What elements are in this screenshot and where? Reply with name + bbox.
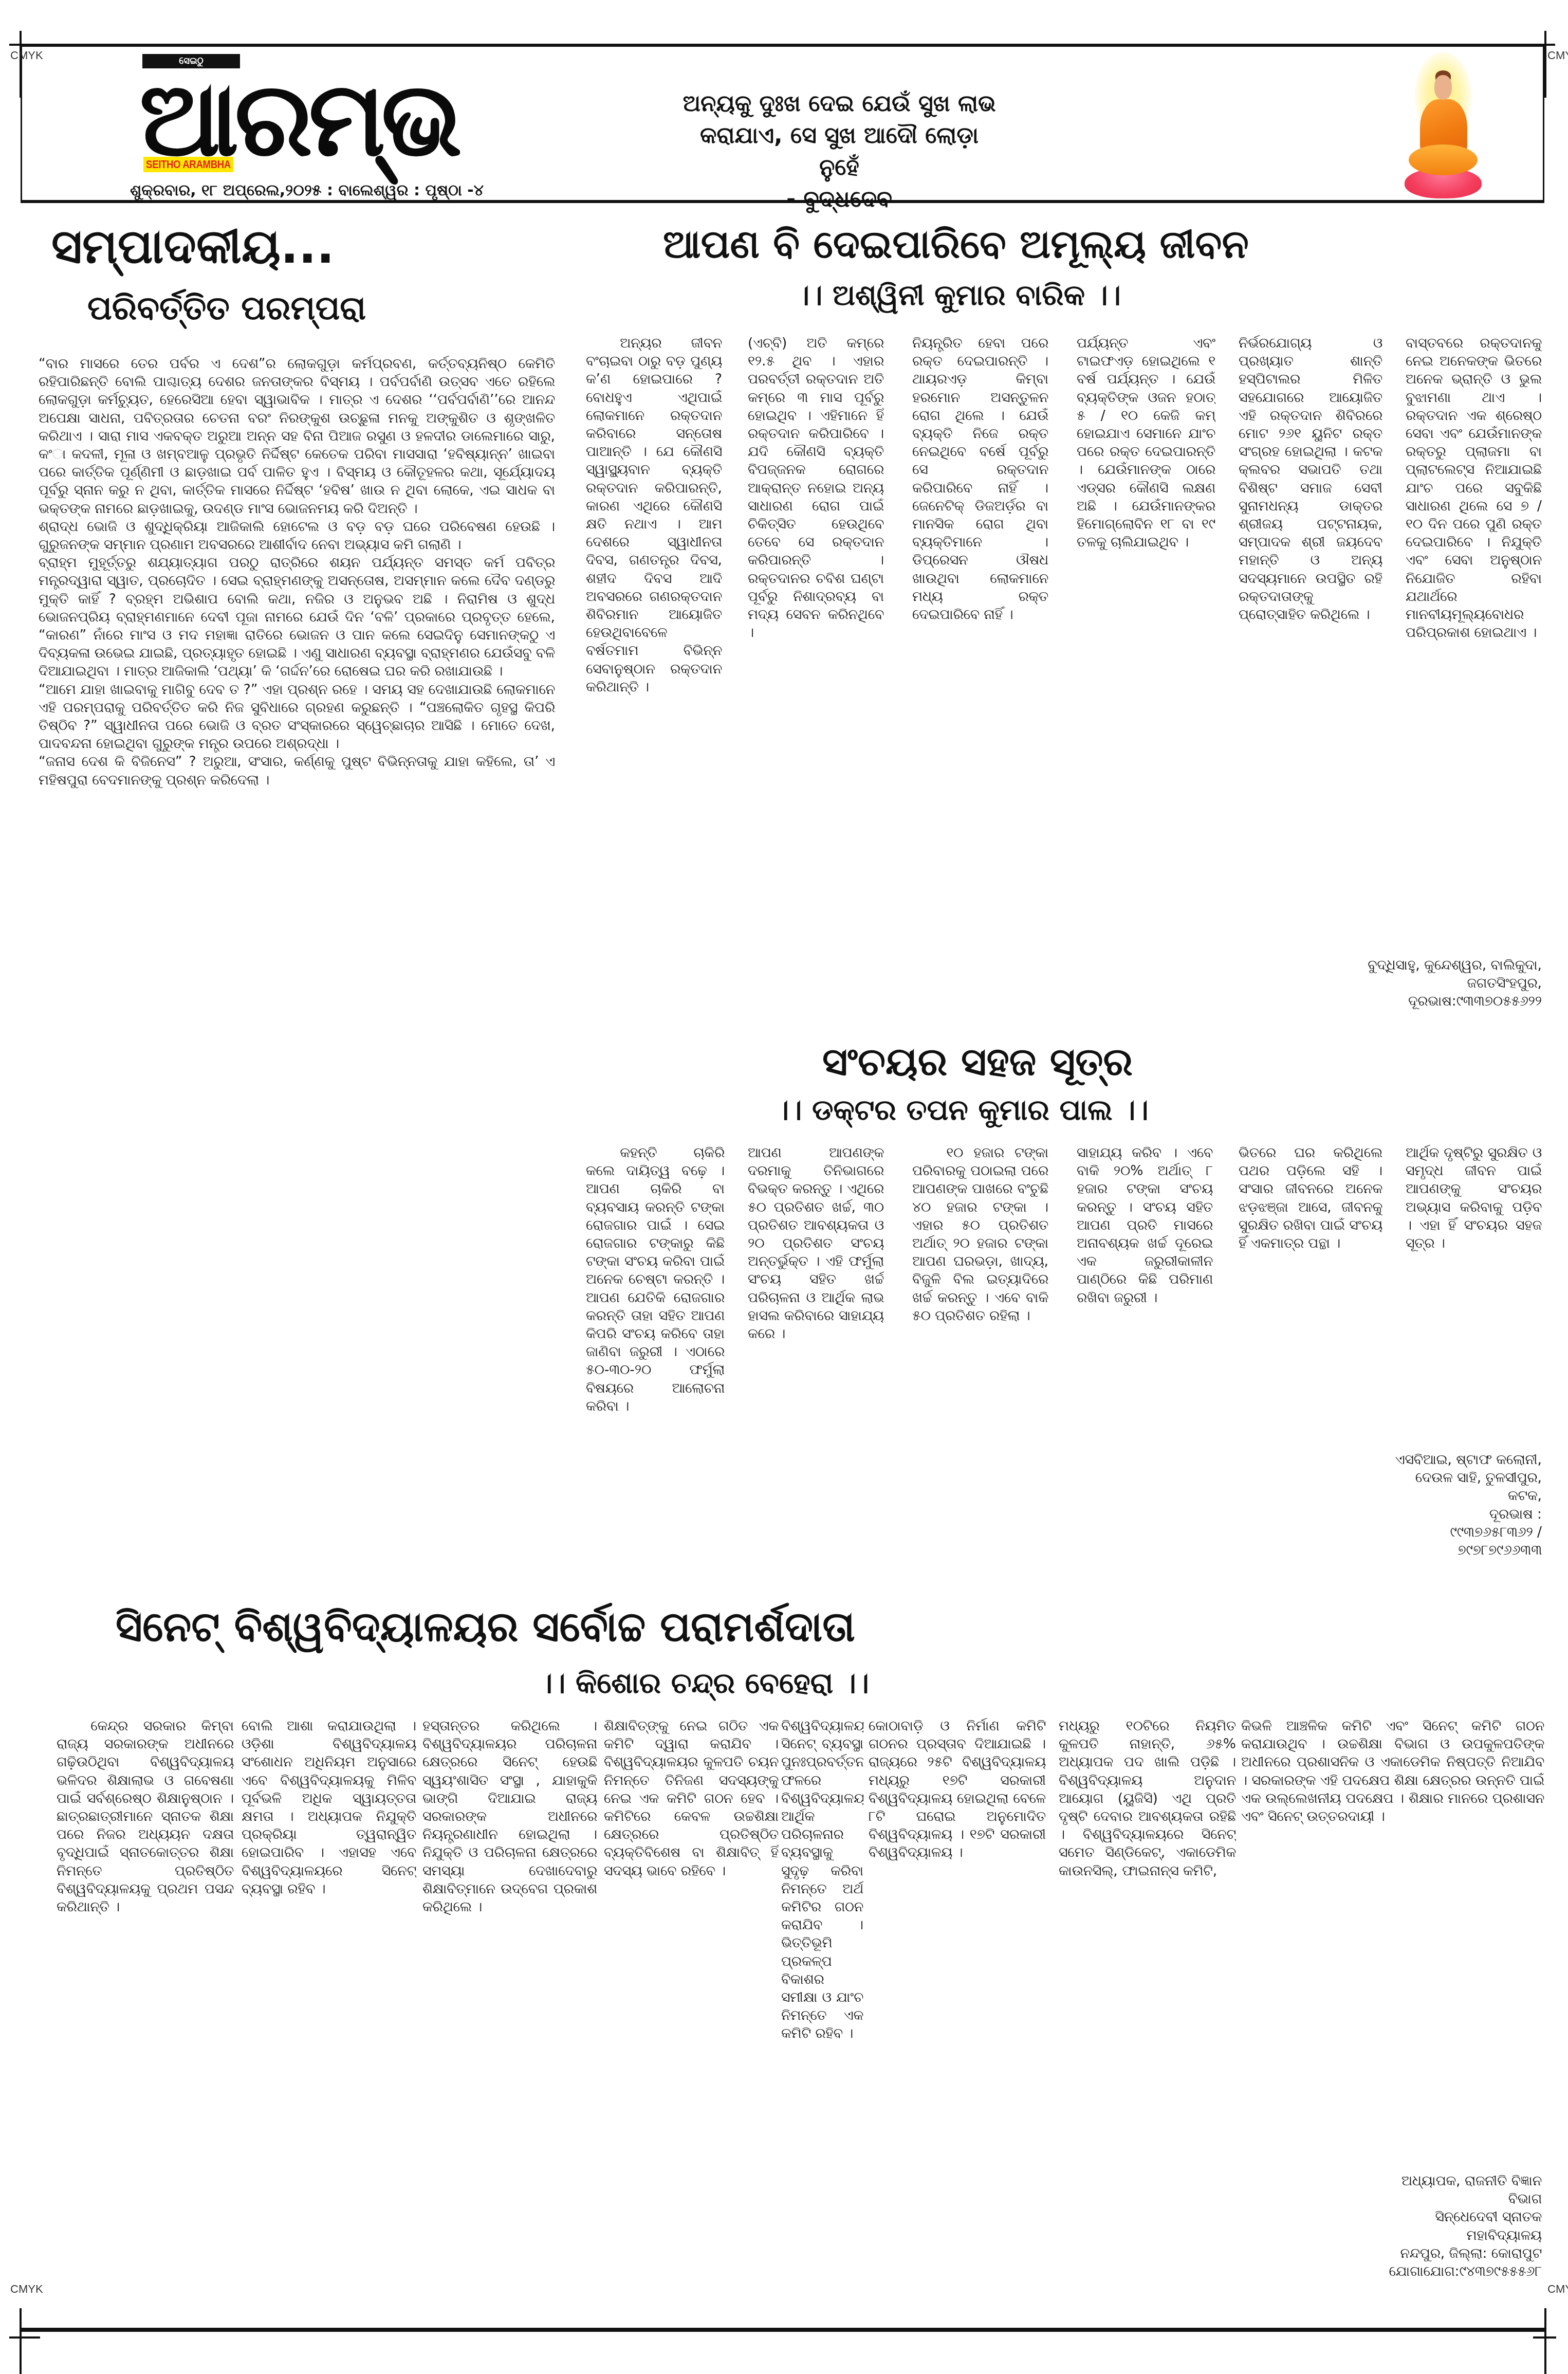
article-column: କିଭଳି ଆଞ୍ଚଳିକ କମିଟି ଏବଂ ସିନେଟ୍ କମିଟି ଗଠନ… <box>1241 1717 1544 2169</box>
contact-line: କଟକ, <box>1352 1487 1542 1505</box>
article-column: କେନ୍ଦ୍ର ସରକାର କିମ୍ବା ରାଜ୍ୟ ସରକାରଙ୍କ ଅଧୀନ… <box>57 1717 234 2324</box>
contact-line: ଦେଉଳ ସାହି, ତୁଳସୀପୁର, <box>1352 1469 1542 1487</box>
article-column: ୧୦ ହଜାର ଟଙ୍କା ପରିବାରକୁ ପଠାଇଲା ପରେ ଆପଣଙ୍କ… <box>912 1144 1048 1571</box>
contact-line: ଦୂରଭାଷ:୯୩୩୭୦୫୫୬୨୨ <box>1352 992 1542 1010</box>
article-column: କହନ୍ତି ଚାକିରି କଲେ ଦାୟିତ୍ୱ ବଢ଼େ । ଆପଣ ଚାକ… <box>586 1144 725 1571</box>
paragraph: “ଜନାସ ଦେଶ କି ବିଜିନେସ” ? ଅରୁଆ, ସଂସାର, କର୍… <box>39 753 555 789</box>
quote-attribution: - ବୁଦ୍ଧଦେବ <box>680 184 999 215</box>
contact-line: ଦୂରଭାଷ : <box>1352 1505 1542 1523</box>
contact-line: ଏସବିଆଇ, ଷ୍ଟାଫ କଲୋନୀ, <box>1352 1451 1542 1469</box>
article-column: ହସ୍ତାନ୍ତର କରିଥିଲେ । ବିଶ୍ୱବିଦ୍ୟାଳୟର ପରିଚା… <box>422 1717 597 2324</box>
paragraph: କୋଠାବାଡ଼ି ଓ ନିର୍ମାଣ କମିଟି ଗଠନର ପ୍ରସ୍ତାବ … <box>869 1717 1046 1862</box>
paragraph: ୧୦ ହଜାର ଟଙ୍କା ପରିବାରକୁ ପଠାଇଲା ପରେ ଆପଣଙ୍କ… <box>912 1144 1048 1325</box>
contact-line: ନନ୍ଦପୁର, ଜିଲ୍ଲା: କୋରାପୁଟ <box>1352 2244 1542 2262</box>
article-column: ସାହାଯ୍ୟ କରିବ । ଏବେ ବାକି ୨୦% ଅର୍ଥାତ୍ ୮ ହଜ… <box>1077 1144 1213 1571</box>
paragraph: ବାସ୍ତବରେ ରକ୍ତଦାନକୁ ନେଇ ଅନେକଙ୍କ ଭିତରେ ଅନେ… <box>1406 334 1542 642</box>
article-column: ନିୟନ୍ତ୍ରିତ ହେବା ପରେ ରକ୍ତ ଦେଇପାରନ୍ତି । ଥା… <box>912 334 1048 1002</box>
paragraph: (ଏଚ୍‌ବି) ଅତି କମ୍‌ରେ ୧୨.୫ ଥିବ । ଏହାର ପରବର… <box>748 334 884 642</box>
article-column: ବୋଲି ଆଶା କରାଯାଉଥିଲା । ଓଡ଼ିଶା ବିଶ୍ୱବିଦ୍ୟା… <box>242 1717 416 2324</box>
paragraph: ଆପଣ ଆପଣଙ୍କ ଦରମାକୁ ତିନିଭାଗରେ ବିଭକ୍ତ କରନ୍ତ… <box>748 1144 884 1343</box>
paragraph: ବ୍ରାହ୍ମ ମୁହୂର୍ତ୍ତରୁ ଶଯ୍ୟାତ୍ୟାଗ ପରଠୁ ରାତ୍… <box>39 554 555 680</box>
contact-line: ମହାବିଦ୍ୟାଳୟ <box>1352 2226 1542 2244</box>
article-column: (ଏଚ୍‌ବି) ଅତି କମ୍‌ରେ ୧୨.୫ ଥିବ । ଏହାର ପରବର… <box>748 334 884 1002</box>
contact-line: ୭୯୭୮୭୯୬୬୩୩ <box>1352 1541 1542 1559</box>
paragraph: “ବାର ମାସରେ ତେର ପର୍ବର ଏ ଦେଶ”ର ଲୋକଗୁଡ଼ା କର… <box>39 355 555 518</box>
buddha-image <box>1405 52 1482 201</box>
article-column: ଆପଣ ଆପଣଙ୍କ ଦରମାକୁ ତିନିଭାଗରେ ବିଭକ୍ତ କରନ୍ତ… <box>748 1144 884 1571</box>
cmyk-label: CMYK <box>10 49 21 62</box>
article-byline: ।। କିଶୋର ଚନ୍ଦ୍ର ବେହେରା ।। <box>540 1666 869 1702</box>
paragraph: ନିର୍ଭରଯୋଗ୍ୟ ଓ ପ୍ରଖ୍ୟାତ ଶାନ୍ତି ହସ୍ପିଟାଲର … <box>1239 334 1382 624</box>
cmyk-label: CMYK <box>10 2282 21 2296</box>
paragraph: ହସ୍ତାନ୍ତର କରିଥିଲେ । ବିଶ୍ୱବିଦ୍ୟାଳୟର ପରିଚା… <box>422 1717 597 1916</box>
editorial-headline: ପରିବର୍ତ୍ତିତ ପରମ୍ପରା <box>87 288 366 329</box>
author-contact: ବୁଦ୍ଧିସାହୁ, କୁନ୍ଦେଶ୍ୱର, ବାଲିକୁଦା, ଜଗତସିଂ… <box>1352 956 1542 1011</box>
contact-line: ୯୯୩୭୬୫୮୩୬୨ / <box>1352 1523 1542 1541</box>
logo-english-tag: SEITHO ARAMBHA <box>143 157 233 172</box>
paragraph: କହନ୍ତି ଚାକିରି କଲେ ଦାୟିତ୍ୱ ବଢ଼େ । ଆପଣ ଚାକ… <box>586 1144 725 1415</box>
contact-line: ଜଗତସିଂହପୁର, <box>1352 974 1542 992</box>
paragraph: ପର୍ଯ୍ୟନ୍ତ ଏବଂ ଟାଇଫଏଡ଼ ହୋଇଥିଲେ ୧ ବର୍ଷ ପର୍… <box>1077 334 1215 551</box>
bottom-border-rule <box>21 2328 1544 2332</box>
editorial-section-title: ସମ୍ପାଦକୀୟ... <box>51 221 335 272</box>
paragraph: ନିୟନ୍ତ୍ରିତ ହେବା ପରେ ରକ୍ତ ଦେଇପାରନ୍ତି । ଥା… <box>912 334 1048 624</box>
author-contact: ଏସବିଆଇ, ଷ୍ଟାଫ କଲୋନୀ, ଦେଉଳ ସାହି, ତୁଳସୀପୁର… <box>1352 1451 1542 1559</box>
editorial-body: “ବାର ମାସରେ ତେର ପର୍ବର ଏ ଦେଶ”ର ଲୋକଗୁଡ଼ା କର… <box>39 355 555 1568</box>
article-byline: ।। ଡକ୍ଟର ତପନ କୁମାର ପାଲ ।। <box>776 1092 1149 1128</box>
article-headline: ଆପଣ ବି ଦେଇପାରିବେ ଅମୂଲ୍ୟ ଜୀବନ <box>663 218 1249 270</box>
cmyk-label: CMYK <box>1547 49 1558 62</box>
article-column: ଆର୍ଥିକ ଦୃଷ୍ଟିରୁ ସୁରକ୍ଷିତ ଓ ସମୃଦ୍ଧ ଜୀବନ ପ… <box>1406 1144 1542 1442</box>
article-column: ପର୍ଯ୍ୟନ୍ତ ଏବଂ ଟାଇଫଏଡ଼ ହୋଇଥିଲେ ୧ ବର୍ଷ ପର୍… <box>1077 334 1215 1002</box>
article-byline: ।। ଅଶ୍ୱିନୀ କୁମାର ବାରିକ ।। <box>797 278 1121 314</box>
author-contact: ଅଧ୍ୟାପକ, ରାଜନୀତି ବିଜ୍ଞାନ ବିଭାଗ ସିନ୍ଧେଦେବ… <box>1352 2172 1542 2280</box>
paragraph: ବିଶ୍ୱବିଦ୍ୟାଳୟରେ ସିନେଟ୍ ବ୍ୟବସ୍ଥା ପୁନଃପ୍ରବ… <box>781 1717 863 2043</box>
paragraph: ମଧ୍ୟରୁ ୧୦ଟିରେ ନିୟମିତ କୁଳପତି ନାହାନ୍ତି, ୬୫… <box>1059 1717 1236 1880</box>
cmyk-label: CMYK <box>1547 2282 1558 2296</box>
dateline: ଶୁକ୍ରବାର, ୧୮ ଅପ୍ରେଲ,୨୦୨୫ : ବାଲେଶ୍ୱର : ପୃ… <box>130 181 484 199</box>
paragraph: ସାହାଯ୍ୟ କରିବ । ଏବେ ବାକି ୨୦% ଅର୍ଥାତ୍ ୮ ହଜ… <box>1077 1144 1213 1307</box>
paragraph: କେନ୍ଦ୍ର ସରକାର କିମ୍ବା ରାଜ୍ୟ ସରକାରଙ୍କ ଅଧୀନ… <box>57 1717 234 1916</box>
article-column: ଶିକ୍ଷାବିତ୍‌ଙ୍କୁ ନେଇ ଗଠିତ ଏକ କମିଟି ଦ୍ୱାରା… <box>604 1717 779 2324</box>
article-column: ବିଶ୍ୱବିଦ୍ୟାଳୟରେ ସିନେଟ୍ ବ୍ୟବସ୍ଥା ପୁନଃପ୍ରବ… <box>781 1717 863 2324</box>
quote-line: କରାଯାଏ, ସେ ସୁଖ ଆଦୌ ଲୋଡ଼ା ନୁହେଁ <box>680 120 999 184</box>
article-column: ଅନ୍ୟର ଜୀବନ ବଂଚାଇବା ଠାରୁ ବଡ଼ ପୁଣ୍ୟ କ’ଣ ହୋ… <box>586 334 722 1002</box>
article-headline: ସଂଚୟର ସହଜ ସୂତ୍ର <box>822 1036 1133 1087</box>
masthead: ସେଇଠୁ ଆରମ୍ଭ SEITHO ARAMBHA ଶୁକ୍ରବାର, ୧୮ … <box>21 44 1544 203</box>
article-column: ବାସ୍ତବରେ ରକ୍ତଦାନକୁ ନେଇ ଅନେକଙ୍କ ଭିତରେ ଅନେ… <box>1406 334 1542 876</box>
contact-line: ବୁଦ୍ଧିସାହୁ, କୁନ୍ଦେଶ୍ୱର, ବାଲିକୁଦା, <box>1352 956 1542 974</box>
article-headline: ସିନେଟ୍ ବିଶ୍ୱବିଦ୍ୟାଳୟର ସର୍ବୋଚ୍ଚ ପରାମର୍ଶଦା… <box>116 1599 855 1655</box>
paragraph: ବୋଲି ଆଶା କରାଯାଉଥିଲା । ଓଡ଼ିଶା ବିଶ୍ୱବିଦ୍ୟା… <box>242 1717 416 1898</box>
contact-line: ବିଭାଗ <box>1352 2190 1542 2208</box>
contact-line: ସିନ୍ଧେଦେବୀ ସ୍ନାତକ <box>1352 2208 1542 2226</box>
paragraph: ଭିତରେ ଘର କରିଥିଲେ ପଥର ପଡ଼ିଲେ ସହି । ସଂସାର … <box>1239 1144 1382 1252</box>
contact-line: ଯୋଗାଯୋଗ:୯୪୩୭୯୫୫୫୬୮ <box>1352 2262 1542 2280</box>
contact-line: ଅଧ୍ୟାପକ, ରାଜନୀତି ବିଜ୍ଞାନ <box>1352 2172 1542 2190</box>
quote-line: ଅନ୍ୟକୁ ଦୁଃଖ ଦେଇ ଯେଉଁ ସୁଖ ଲାଭ <box>680 88 999 120</box>
article-column: ମଧ୍ୟରୁ ୧୦ଟିରେ ନିୟମିତ କୁଳପତି ନାହାନ୍ତି, ୬୫… <box>1059 1717 1236 2324</box>
article-column: କୋଠାବାଡ଼ି ଓ ନିର୍ମାଣ କମିଟି ଗଠନର ପ୍ରସ୍ତାବ … <box>869 1717 1046 2324</box>
article-column: ନିର୍ଭରଯୋଗ୍ୟ ଓ ପ୍ରଖ୍ୟାତ ଶାନ୍ତି ହସ୍ପିଟାଲର … <box>1239 334 1382 1002</box>
quote-of-day: ଅନ୍ୟକୁ ଦୁଃଖ ଦେଇ ଯେଉଁ ସୁଖ ଲାଭ କରାଯାଏ, ସେ … <box>680 88 999 215</box>
paragraph: ଆର୍ଥିକ ଦୃଷ୍ଟିରୁ ସୁରକ୍ଷିତ ଓ ସମୃଦ୍ଧ ଜୀବନ ପ… <box>1406 1144 1542 1252</box>
newspaper-logo: ଆରମ୍ଭ <box>139 68 458 171</box>
paragraph: ଶ୍ରାଦ୍ଧ ଭୋଜି ଓ ଶୁଦ୍ଧିକ୍ରିୟା ଆଜିକାଲି ହୋଟେ… <box>39 518 555 554</box>
paragraph: ଅନ୍ୟର ଜୀବନ ବଂଚାଇବା ଠାରୁ ବଡ଼ ପୁଣ୍ୟ କ’ଣ ହୋ… <box>586 334 722 696</box>
paragraph: “ଆମେ ଯାହା ଖାଇବାକୁ ମାଗିବୁ ଦେବ ତ ?” ଏହା ପ୍… <box>39 681 555 753</box>
paragraph: କିଭଳି ଆଞ୍ଚଳିକ କମିଟି ଏବଂ ସିନେଟ୍ କମିଟି ଗଠନ… <box>1241 1717 1544 1825</box>
paragraph: ଶିକ୍ଷାବିତ୍‌ଙ୍କୁ ନେଇ ଗଠିତ ଏକ କମିଟି ଦ୍ୱାରା… <box>604 1717 779 1880</box>
